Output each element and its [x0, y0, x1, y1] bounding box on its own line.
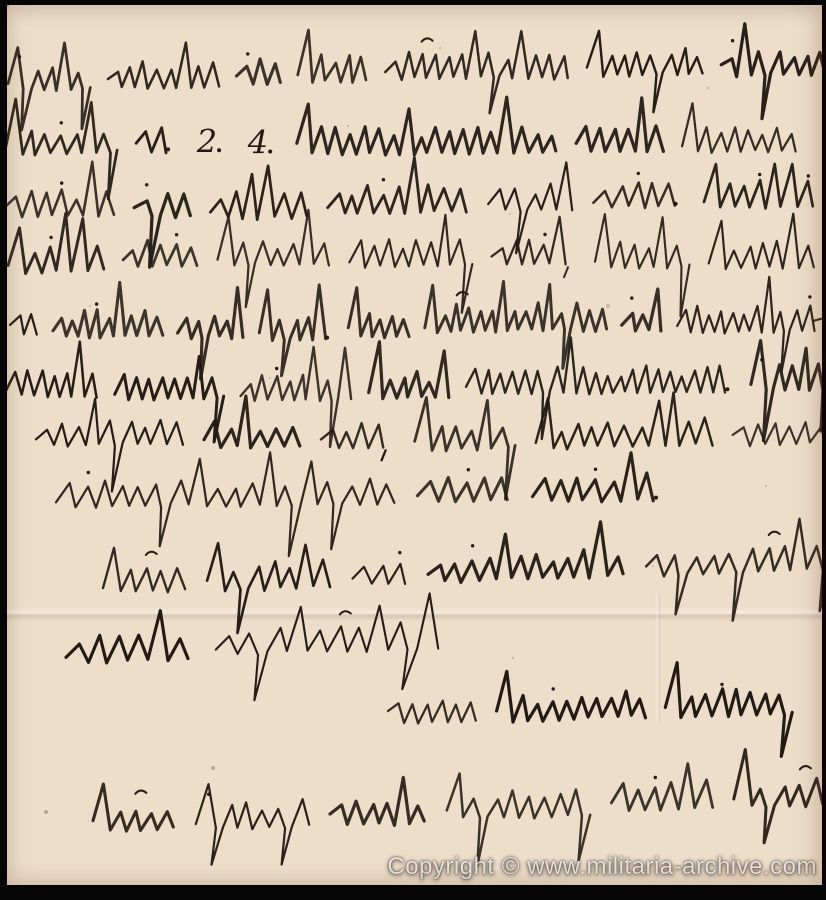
handwriting-stroke	[297, 97, 556, 155]
ink-dot	[60, 121, 63, 124]
umlaut-mark	[135, 791, 146, 794]
handwriting-line	[388, 663, 792, 757]
handwriting-stroke	[593, 183, 674, 209]
handwriting-stroke	[53, 282, 163, 338]
handwriting-stroke	[734, 748, 822, 843]
ink-dot	[268, 150, 272, 154]
handwriting-stroke	[382, 450, 386, 460]
ink-dot	[674, 202, 678, 206]
handwriting-stroke	[704, 164, 813, 208]
handwriting-stroke	[385, 31, 567, 113]
handwriting-stroke	[66, 611, 188, 663]
handwriting-stroke	[207, 543, 330, 633]
handwriting-stroke	[536, 393, 713, 450]
handwriting-stroke	[330, 778, 424, 826]
handwriting-line	[10, 277, 822, 379]
ink-dot	[807, 174, 810, 177]
ink-dot	[731, 39, 734, 42]
handwriting-stroke	[497, 671, 646, 722]
handwritten-digit: 2	[196, 123, 217, 161]
handwriting-stroke	[492, 217, 566, 265]
handwriting-stroke	[466, 337, 725, 439]
handwriting-stroke	[533, 453, 654, 502]
handwriting-stroke	[348, 288, 409, 338]
handwriting-stroke	[36, 399, 183, 492]
handwriting-stroke	[418, 478, 508, 502]
umlaut-mark	[800, 766, 811, 769]
ink-dot	[654, 776, 657, 779]
ink-dot	[808, 295, 811, 298]
handwriting-stroke	[56, 452, 394, 556]
ink-dot	[594, 468, 597, 471]
handwriting-stroke	[814, 318, 822, 321]
handwriting-stroke	[721, 24, 822, 119]
handwriting-line	[8, 210, 814, 317]
ink-dot	[60, 181, 63, 184]
ink-dot	[471, 544, 474, 547]
handwriting-stroke	[611, 764, 712, 811]
handwriting-stroke	[103, 548, 185, 593]
handwriting-stroke	[369, 342, 449, 399]
handwriting-stroke	[646, 519, 822, 621]
umlaut-mark	[422, 38, 433, 41]
ink-dot	[654, 496, 658, 500]
ink-dot	[246, 52, 249, 55]
handwriting-stroke	[622, 289, 661, 331]
handwriting-line	[56, 452, 658, 556]
handwritten-digit: 4	[247, 124, 268, 162]
handwriting-stroke	[7, 162, 114, 217]
ink-dot	[325, 336, 329, 340]
handwriting-line	[93, 748, 822, 865]
handwriting-stroke	[425, 281, 607, 368]
ink-dot	[166, 147, 170, 151]
ink-dot	[382, 178, 385, 181]
umlaut-mark	[146, 552, 157, 555]
handwriting-stroke	[709, 214, 814, 270]
ink-dot	[630, 296, 633, 299]
handwriting-stroke	[210, 166, 306, 220]
handwriting-stroke	[349, 215, 472, 313]
handwriting-line	[8, 24, 822, 130]
handwriting-stroke	[136, 128, 166, 153]
umlaut-mark	[769, 532, 780, 535]
handwriting-stroke	[7, 342, 97, 398]
handwriting-stroke	[665, 663, 792, 757]
handwriting-stroke	[196, 784, 309, 865]
ink-dot	[758, 173, 761, 176]
handwriting-line: 24	[7, 97, 796, 199]
ink-dot	[543, 233, 546, 236]
photographed-letter: 24 Copyright © www.militaria-archive.com	[0, 0, 826, 900]
handwriting-stroke	[115, 356, 224, 442]
ink-dot	[275, 367, 278, 370]
handwriting-stroke	[216, 593, 438, 700]
handwriting-line	[103, 519, 822, 633]
handwriting-stroke	[353, 564, 406, 584]
handwriting-stroke	[218, 210, 329, 307]
ink-dot	[637, 172, 640, 175]
ink-dot	[217, 148, 221, 152]
handwriting-stroke	[751, 341, 822, 441]
ink-dot	[175, 233, 178, 236]
handwriting-stroke	[108, 43, 219, 89]
handwriting-stroke	[682, 103, 796, 153]
handwriting-stroke	[8, 214, 104, 274]
handwriting-stroke	[488, 162, 572, 253]
ink-dot	[145, 183, 148, 186]
umlaut-mark	[340, 611, 351, 614]
handwriting-line	[7, 158, 813, 268]
ink-dot	[720, 683, 723, 686]
handwriting-stroke	[564, 267, 568, 277]
ink-dot	[87, 471, 90, 474]
handwriting-stroke	[237, 59, 281, 85]
handwritten-letter-svg: 24	[7, 5, 822, 885]
handwriting-stroke	[298, 30, 366, 82]
handwriting-stroke	[328, 158, 467, 214]
handwriting-stroke	[733, 422, 822, 446]
handwriting-stroke	[677, 277, 814, 373]
copyright-watermark: Copyright © www.militaria-archive.com	[387, 853, 817, 881]
ink-dot	[95, 302, 98, 305]
handwriting-stroke	[587, 31, 703, 112]
handwriting-stroke	[447, 774, 590, 866]
handwriting-stroke	[178, 288, 243, 379]
handwriting-stroke	[10, 314, 37, 334]
handwriting-stroke	[93, 784, 173, 831]
handwriting-stroke	[428, 522, 623, 583]
handwriting-stroke	[388, 701, 476, 724]
ink-dot	[467, 468, 470, 471]
ink-dot	[398, 551, 401, 554]
handwriting-stroke	[576, 98, 663, 152]
letter-paper: 24 Copyright © www.militaria-archive.com	[7, 5, 822, 885]
handwriting-stroke	[123, 240, 197, 266]
handwriting-line	[66, 593, 438, 700]
handwriting-stroke	[595, 214, 690, 316]
ink-dot	[49, 236, 52, 239]
ink-dot	[725, 387, 729, 391]
ink-dot	[552, 687, 555, 690]
